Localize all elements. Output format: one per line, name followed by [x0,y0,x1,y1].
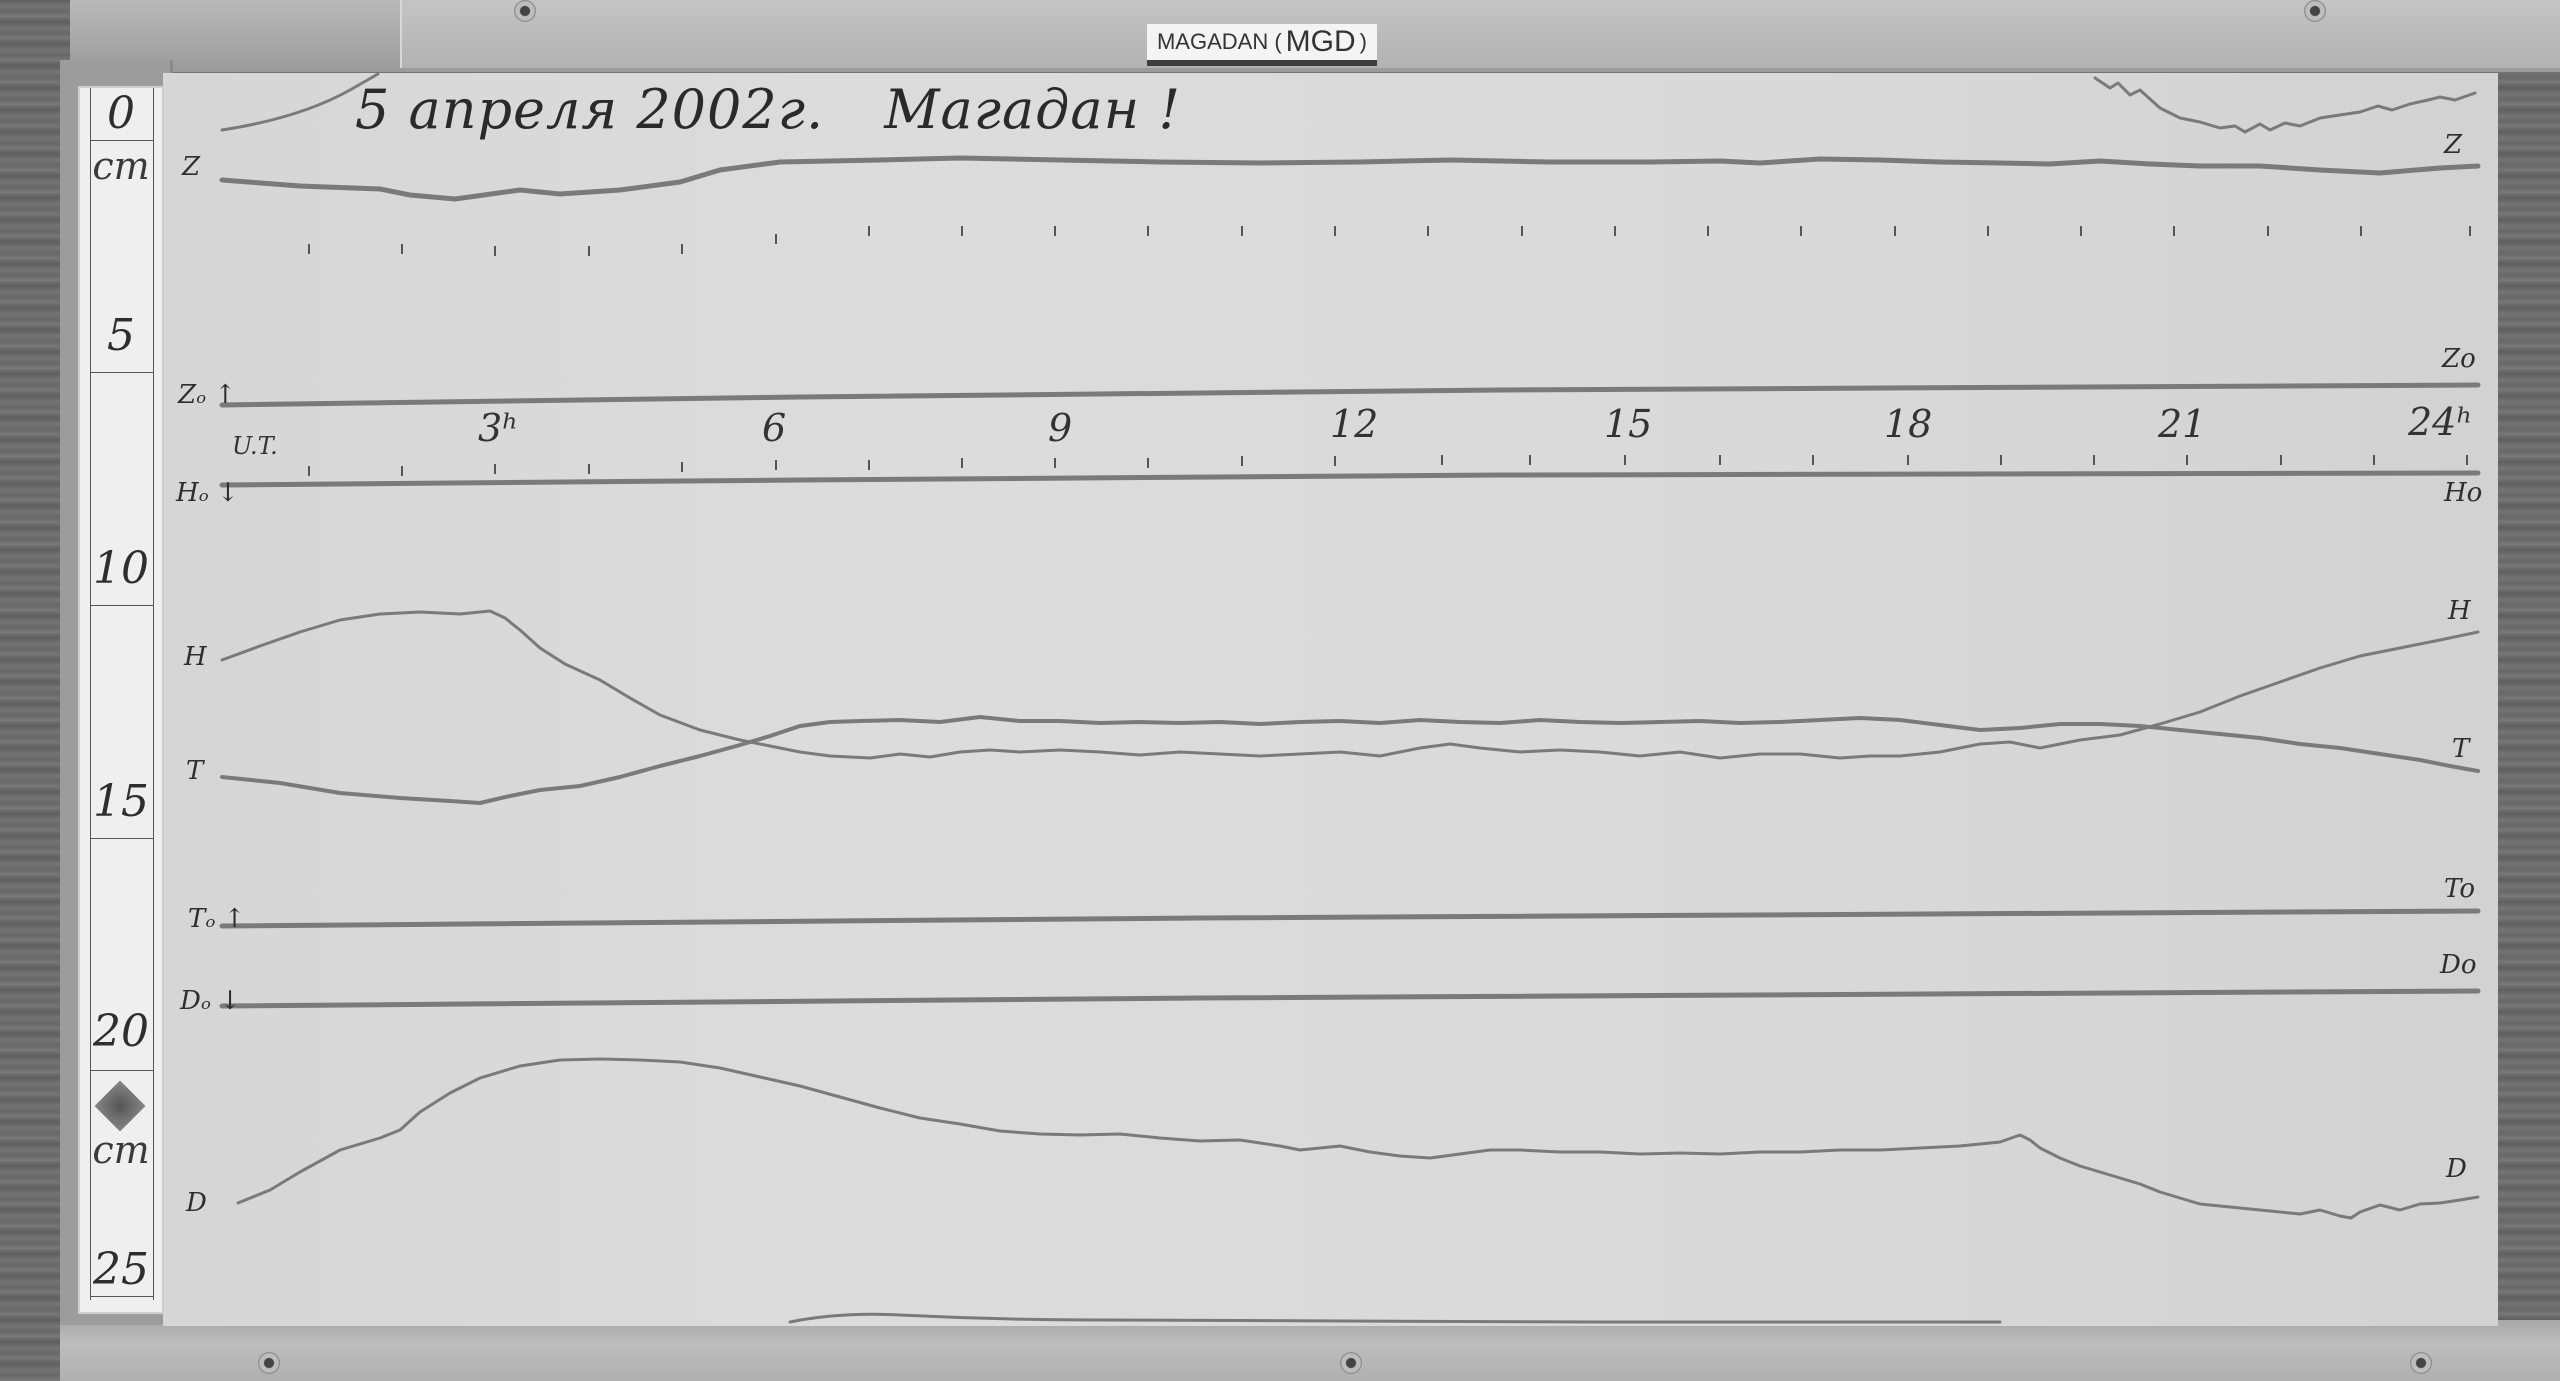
trace-D [238,1059,2478,1218]
trace-H [222,611,2478,758]
trace-Do-baseline [222,991,2478,1006]
arrow-up-icon: ↑ [214,380,236,410]
time-label-12: 12 [1330,402,1378,446]
time-label-3h: 3ʰ [478,406,519,450]
label-right-Ho: Ho [2444,478,2482,508]
label-left-Do-text: Dₒ [180,986,211,1016]
label-right-D: D [2446,1154,2467,1184]
arrow-down-icon: ↓ [219,986,241,1016]
label-left-Ho: Hₒ ↓ [176,478,239,508]
label-left-To: Tₒ ↑ [188,904,245,934]
label-right-Z: Z [2444,130,2462,160]
label-left-D: D [186,1188,207,1218]
trace-Ho-baseline [222,473,2478,485]
hour-tick-marks [309,226,2470,476]
time-label-21: 21 [2158,402,2206,446]
magnetogram-traces [0,0,2560,1381]
label-left-To-text: Tₒ [188,904,215,934]
overflow-trace-bottom [790,1314,2000,1322]
overflow-trace-left [222,74,378,130]
trace-Z [222,158,2478,199]
overflow-trace-right [2095,78,2475,132]
time-axis-prefix: U.T. [232,432,278,460]
label-left-Z: Z [182,152,200,182]
time-label-18: 18 [1884,402,1932,446]
label-left-T: T [186,756,203,786]
time-label-9: 9 [1048,406,1072,450]
label-left-Zo-text: Zₒ [178,380,206,410]
label-left-H: H [184,642,207,672]
arrow-up-icon: ↑ [224,904,246,934]
label-right-Zo: Zo [2442,344,2476,374]
time-label-15: 15 [1604,402,1652,446]
label-right-T: T [2452,734,2469,764]
label-left-Do: Dₒ ↓ [180,986,241,1016]
label-left-Ho-text: Hₒ [176,478,209,508]
time-label-24h: 24ʰ [2408,400,2473,444]
label-right-To: To [2444,874,2475,904]
arrow-down-icon: ↓ [217,478,239,508]
trace-To-baseline [222,911,2478,926]
time-label-6: 6 [762,406,786,450]
label-right-H: H [2448,596,2471,626]
label-right-Do: Do [2440,950,2477,980]
label-left-Zo: Zₒ ↑ [178,380,236,410]
